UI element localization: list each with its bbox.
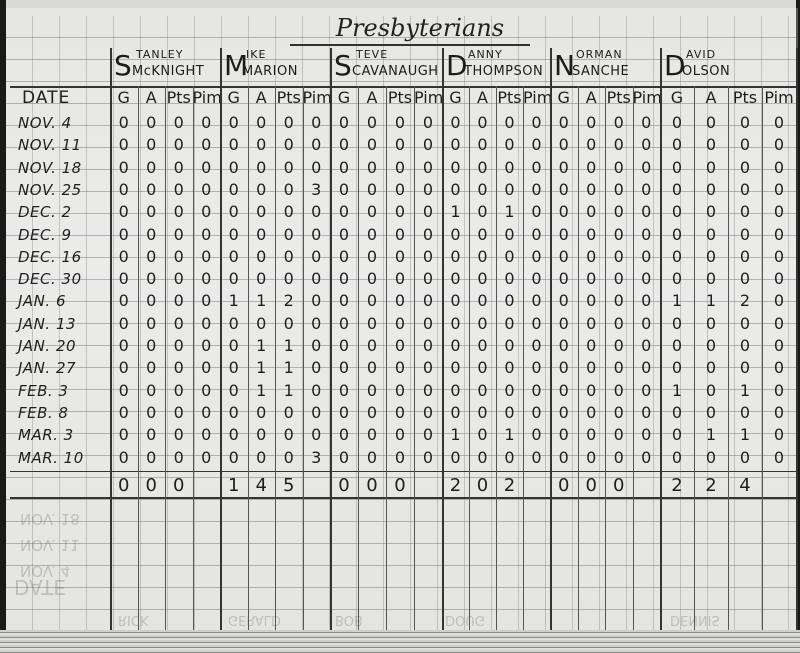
stat-header-a: A bbox=[578, 88, 606, 110]
player-first-name: IKE bbox=[246, 48, 266, 61]
stat-cell: 0 bbox=[414, 247, 442, 266]
stat-cell: 1 bbox=[728, 381, 762, 400]
stat-cell: 0 bbox=[303, 269, 331, 288]
stat-cell: 0 bbox=[138, 247, 166, 266]
stat-cell: 0 bbox=[193, 225, 221, 244]
date-cell: JAN. 6 bbox=[18, 292, 66, 310]
total-cell: 0 bbox=[138, 475, 166, 496]
stat-header-pim: Pim bbox=[762, 88, 796, 110]
stat-cell: 0 bbox=[496, 448, 523, 467]
stat-cell: 1 bbox=[728, 425, 762, 444]
stat-cell: 0 bbox=[220, 448, 248, 467]
stat-cell: 0 bbox=[694, 336, 728, 355]
stat-cell: 0 bbox=[469, 269, 496, 288]
stat-cell: 0 bbox=[523, 247, 550, 266]
stat-cell: 0 bbox=[605, 336, 633, 355]
stat-cell: 0 bbox=[220, 158, 248, 177]
stat-cell: 0 bbox=[762, 358, 796, 377]
stat-cell: 0 bbox=[330, 314, 358, 333]
stat-cell: 0 bbox=[330, 247, 358, 266]
stat-cell: 0 bbox=[220, 425, 248, 444]
stat-cell: 0 bbox=[248, 158, 276, 177]
stat-header-pim: Pim bbox=[193, 88, 221, 110]
player-header-marion: MIKEMARION bbox=[220, 48, 330, 86]
stat-cell: 0 bbox=[414, 358, 442, 377]
stat-cell: 0 bbox=[414, 158, 442, 177]
stat-cell: 0 bbox=[303, 135, 331, 154]
stat-cell: 0 bbox=[275, 448, 303, 467]
stat-cell: 1 bbox=[248, 358, 276, 377]
total-cell: 0 bbox=[358, 475, 386, 496]
stat-cell: 0 bbox=[694, 448, 728, 467]
stat-cell: 0 bbox=[660, 202, 694, 221]
stat-cell: 0 bbox=[138, 381, 166, 400]
stat-cell: 0 bbox=[110, 113, 138, 132]
stat-cell: 0 bbox=[578, 269, 606, 288]
stat-cell: 0 bbox=[633, 180, 661, 199]
stat-cell: 0 bbox=[694, 269, 728, 288]
stat-cell: 0 bbox=[193, 158, 221, 177]
stat-cell: 0 bbox=[414, 113, 442, 132]
stat-cell: 0 bbox=[330, 336, 358, 355]
stat-cell: 0 bbox=[523, 448, 550, 467]
stat-cell: 0 bbox=[633, 403, 661, 422]
stat-cell: 0 bbox=[550, 403, 578, 422]
stat-cell: 0 bbox=[578, 291, 606, 310]
stat-cell: 0 bbox=[193, 113, 221, 132]
stat-cell: 0 bbox=[660, 158, 694, 177]
stat-cell: 0 bbox=[193, 291, 221, 310]
stat-cell: 0 bbox=[660, 425, 694, 444]
stat-cell: 0 bbox=[110, 269, 138, 288]
stat-header-g: G bbox=[550, 88, 578, 110]
stat-cell: 0 bbox=[728, 225, 762, 244]
stat-cell: 0 bbox=[728, 158, 762, 177]
stat-cell: 0 bbox=[728, 135, 762, 154]
stat-cell: 0 bbox=[303, 336, 331, 355]
total-cell: 2 bbox=[442, 475, 469, 496]
date-cell: FEB. 8 bbox=[18, 404, 68, 422]
stat-cell: 0 bbox=[248, 247, 276, 266]
stat-cell: 0 bbox=[762, 247, 796, 266]
stat-cell: 0 bbox=[550, 180, 578, 199]
stat-cell: 0 bbox=[442, 113, 469, 132]
stat-cell: 0 bbox=[762, 113, 796, 132]
stat-cell: 0 bbox=[442, 158, 469, 177]
stat-cell: 0 bbox=[303, 403, 331, 422]
stat-cell: 0 bbox=[193, 425, 221, 444]
stat-cell: 0 bbox=[414, 448, 442, 467]
stat-cell: 0 bbox=[275, 113, 303, 132]
stat-cell: 0 bbox=[220, 381, 248, 400]
stat-cell: 0 bbox=[275, 425, 303, 444]
stat-cell: 0 bbox=[762, 135, 796, 154]
stat-cell: 0 bbox=[469, 113, 496, 132]
player-header-cavanaugh: STEVECAVANAUGH bbox=[330, 48, 442, 86]
stat-cell: 1 bbox=[660, 381, 694, 400]
stat-cell: 0 bbox=[550, 425, 578, 444]
total-cell: 0 bbox=[110, 475, 138, 496]
stat-cell: 0 bbox=[694, 113, 728, 132]
player-first-name: ORMAN bbox=[576, 48, 623, 61]
stat-cell: 0 bbox=[442, 448, 469, 467]
stat-cell: 0 bbox=[523, 336, 550, 355]
stat-cell: 0 bbox=[386, 381, 414, 400]
stat-cell: 0 bbox=[550, 113, 578, 132]
stat-cell: 0 bbox=[496, 403, 523, 422]
stat-cell: 0 bbox=[469, 158, 496, 177]
stat-cell: 0 bbox=[578, 247, 606, 266]
stat-cell: 0 bbox=[220, 202, 248, 221]
stat-cell: 0 bbox=[165, 113, 193, 132]
stat-cell: 0 bbox=[578, 158, 606, 177]
stat-cell: 1 bbox=[275, 336, 303, 355]
date-cell: NOV. 18 bbox=[18, 159, 82, 177]
stat-cell: 0 bbox=[605, 158, 633, 177]
stat-cell: 0 bbox=[550, 291, 578, 310]
total-cell: 1 bbox=[220, 475, 248, 496]
stat-header-a: A bbox=[358, 88, 386, 110]
stat-cell: 0 bbox=[386, 336, 414, 355]
stat-cell: 1 bbox=[442, 425, 469, 444]
stat-cell: 0 bbox=[414, 135, 442, 154]
stat-header-pim: Pim bbox=[523, 88, 550, 110]
stat-cell: 0 bbox=[303, 202, 331, 221]
stat-cell: 0 bbox=[578, 448, 606, 467]
stat-header-a: A bbox=[694, 88, 728, 110]
stat-cell: 0 bbox=[220, 358, 248, 377]
stat-cell: 0 bbox=[578, 225, 606, 244]
ghost-text: DENNIS bbox=[670, 612, 720, 627]
totals-bottom bbox=[10, 497, 796, 499]
stat-cell: 0 bbox=[605, 448, 633, 467]
stat-cell: 0 bbox=[248, 135, 276, 154]
stat-cell: 0 bbox=[523, 225, 550, 244]
stat-cell: 0 bbox=[728, 448, 762, 467]
stat-cell: 0 bbox=[496, 247, 523, 266]
stat-cell: 0 bbox=[193, 269, 221, 288]
stat-cell: 0 bbox=[550, 202, 578, 221]
stat-cell: 0 bbox=[303, 113, 331, 132]
stat-cell: 0 bbox=[550, 269, 578, 288]
stat-cell: 0 bbox=[110, 202, 138, 221]
date-cell: NOV. 4 bbox=[18, 114, 72, 132]
stat-cell: 0 bbox=[386, 269, 414, 288]
stat-cell: 0 bbox=[386, 202, 414, 221]
stat-cell: 0 bbox=[605, 269, 633, 288]
stat-cell: 0 bbox=[578, 358, 606, 377]
stat-cell: 0 bbox=[469, 425, 496, 444]
stat-cell: 0 bbox=[694, 180, 728, 199]
stat-cell: 0 bbox=[694, 247, 728, 266]
stat-cell: 0 bbox=[110, 381, 138, 400]
stat-cell: 0 bbox=[110, 448, 138, 467]
stat-cell: 0 bbox=[193, 448, 221, 467]
stat-cell: 0 bbox=[248, 180, 276, 199]
stat-cell: 0 bbox=[193, 336, 221, 355]
stat-cell: 0 bbox=[275, 135, 303, 154]
date-cell: JAN. 27 bbox=[18, 359, 76, 377]
date-cell: DEC. 2 bbox=[18, 203, 72, 221]
stat-cell: 0 bbox=[633, 158, 661, 177]
stat-cell: 0 bbox=[605, 314, 633, 333]
stat-cell: 0 bbox=[694, 158, 728, 177]
stat-cell: 0 bbox=[578, 135, 606, 154]
stat-cell: 0 bbox=[138, 158, 166, 177]
stat-cell: 0 bbox=[275, 314, 303, 333]
stat-cell: 0 bbox=[442, 180, 469, 199]
stat-cell: 1 bbox=[660, 291, 694, 310]
stat-cell: 0 bbox=[165, 448, 193, 467]
stat-cell: 0 bbox=[578, 314, 606, 333]
stat-cell: 0 bbox=[442, 403, 469, 422]
stat-cell: 0 bbox=[386, 247, 414, 266]
stat-cell: 0 bbox=[193, 358, 221, 377]
stat-cell: 0 bbox=[578, 202, 606, 221]
stat-cell: 0 bbox=[660, 225, 694, 244]
stat-cell: 0 bbox=[386, 225, 414, 244]
stat-cell: 0 bbox=[303, 291, 331, 310]
stat-cell: 0 bbox=[633, 269, 661, 288]
stat-cell: 0 bbox=[469, 180, 496, 199]
stat-cell: 0 bbox=[762, 180, 796, 199]
stat-cell: 0 bbox=[762, 425, 796, 444]
stat-cell: 0 bbox=[496, 336, 523, 355]
stat-cell: 0 bbox=[386, 158, 414, 177]
stat-cell: 0 bbox=[496, 291, 523, 310]
stat-cell: 0 bbox=[496, 158, 523, 177]
date-cell: NOV. 11 bbox=[18, 136, 82, 154]
stat-cell: 0 bbox=[496, 358, 523, 377]
stat-cell: 0 bbox=[523, 381, 550, 400]
stat-cell: 0 bbox=[694, 314, 728, 333]
stat-cell: 0 bbox=[358, 225, 386, 244]
stat-header-a: A bbox=[248, 88, 276, 110]
stat-cell: 0 bbox=[165, 135, 193, 154]
stat-cell: 0 bbox=[496, 225, 523, 244]
date-cell: DEC. 16 bbox=[18, 248, 82, 266]
stat-cell: 0 bbox=[442, 358, 469, 377]
stat-header-pts: Pts bbox=[605, 88, 633, 110]
player-header-olson: DAVIDOLSON bbox=[660, 48, 796, 86]
stat-cell: 0 bbox=[728, 202, 762, 221]
stat-cell: 0 bbox=[633, 225, 661, 244]
stat-cell: 0 bbox=[605, 113, 633, 132]
stat-cell: 0 bbox=[358, 180, 386, 199]
stat-cell: 0 bbox=[248, 113, 276, 132]
stat-cell: 0 bbox=[275, 269, 303, 288]
stat-cell: 0 bbox=[442, 135, 469, 154]
stat-cell: 0 bbox=[138, 225, 166, 244]
stat-cell: 0 bbox=[694, 135, 728, 154]
stat-cell: 0 bbox=[358, 425, 386, 444]
player-header-mcknight: STANLEYMcKNIGHT bbox=[110, 48, 220, 86]
stat-cell: 0 bbox=[605, 135, 633, 154]
stat-cell: 0 bbox=[469, 358, 496, 377]
stat-cell: 0 bbox=[469, 403, 496, 422]
stat-cell: 0 bbox=[694, 381, 728, 400]
stat-cell: 0 bbox=[248, 314, 276, 333]
stat-cell: 0 bbox=[193, 247, 221, 266]
stat-cell: 0 bbox=[165, 291, 193, 310]
stat-cell: 3 bbox=[303, 180, 331, 199]
stat-cell: 0 bbox=[358, 158, 386, 177]
stat-cell: 0 bbox=[660, 314, 694, 333]
stat-cell: 0 bbox=[358, 135, 386, 154]
stat-cell: 0 bbox=[442, 314, 469, 333]
stat-cell: 0 bbox=[469, 381, 496, 400]
stat-cell: 0 bbox=[110, 425, 138, 444]
stat-cell: 0 bbox=[303, 425, 331, 444]
stat-cell: 0 bbox=[762, 202, 796, 221]
stat-cell: 0 bbox=[523, 202, 550, 221]
stat-cell: 0 bbox=[330, 291, 358, 310]
stat-cell: 0 bbox=[660, 269, 694, 288]
stat-cell: 0 bbox=[193, 180, 221, 199]
stat-cell: 0 bbox=[523, 180, 550, 199]
player-first-name: TEVE bbox=[356, 48, 388, 61]
stat-cell: 0 bbox=[762, 291, 796, 310]
stat-cell: 0 bbox=[386, 291, 414, 310]
stat-cell: 0 bbox=[660, 180, 694, 199]
stat-cell: 0 bbox=[330, 269, 358, 288]
stat-cell: 0 bbox=[138, 336, 166, 355]
total-cell: 0 bbox=[469, 475, 496, 496]
stat-cell: 0 bbox=[358, 336, 386, 355]
stat-cell: 0 bbox=[442, 381, 469, 400]
stat-cell: 0 bbox=[633, 291, 661, 310]
stat-cell: 0 bbox=[414, 202, 442, 221]
stat-cell: 2 bbox=[275, 291, 303, 310]
stat-cell: 1 bbox=[496, 202, 523, 221]
player-first-name: AVID bbox=[686, 48, 716, 61]
stat-cell: 0 bbox=[358, 269, 386, 288]
stat-cell: 0 bbox=[330, 403, 358, 422]
stat-cell: 0 bbox=[442, 225, 469, 244]
ghost-text: BOB bbox=[335, 612, 363, 627]
stat-cell: 0 bbox=[330, 425, 358, 444]
stat-cell: 0 bbox=[633, 336, 661, 355]
stat-cell: 0 bbox=[303, 358, 331, 377]
stat-cell: 1 bbox=[248, 336, 276, 355]
date-cell: JAN. 20 bbox=[18, 337, 76, 355]
stat-cell: 0 bbox=[303, 247, 331, 266]
stat-header-pts: Pts bbox=[275, 88, 303, 110]
stat-cell: 0 bbox=[193, 135, 221, 154]
stat-cell: 0 bbox=[248, 403, 276, 422]
stat-header-g: G bbox=[110, 88, 138, 110]
stat-cell: 0 bbox=[193, 381, 221, 400]
stat-cell: 0 bbox=[469, 202, 496, 221]
stat-cell: 0 bbox=[358, 403, 386, 422]
stat-header-g: G bbox=[220, 88, 248, 110]
stat-cell: 0 bbox=[386, 180, 414, 199]
stat-cell: 1 bbox=[275, 358, 303, 377]
stat-cell: 0 bbox=[138, 180, 166, 199]
stat-cell: 0 bbox=[523, 314, 550, 333]
stat-cell: 0 bbox=[303, 381, 331, 400]
stat-cell: 0 bbox=[220, 336, 248, 355]
stat-cell: 0 bbox=[469, 291, 496, 310]
total-cell: 0 bbox=[165, 475, 193, 496]
player-last-name: MARION bbox=[242, 64, 298, 79]
stat-cell: 0 bbox=[550, 448, 578, 467]
stat-cell: 0 bbox=[110, 158, 138, 177]
date-cell: MAR. 10 bbox=[18, 449, 84, 467]
stat-header-pim: Pim bbox=[633, 88, 661, 110]
player-first-name: TANLEY bbox=[136, 48, 183, 61]
stat-cell: 0 bbox=[762, 225, 796, 244]
stat-cell: 0 bbox=[605, 291, 633, 310]
date-cell: MAR. 3 bbox=[18, 426, 74, 444]
stat-cell: 3 bbox=[303, 448, 331, 467]
stat-cell: 0 bbox=[469, 247, 496, 266]
stat-cell: 0 bbox=[728, 314, 762, 333]
stat-cell: 0 bbox=[660, 247, 694, 266]
stat-cell: 0 bbox=[386, 135, 414, 154]
stat-cell: 0 bbox=[165, 336, 193, 355]
stat-cell: 0 bbox=[550, 381, 578, 400]
stat-cell: 0 bbox=[220, 113, 248, 132]
stat-cell: 1 bbox=[248, 291, 276, 310]
player-last-name: CAVANAUGH bbox=[352, 64, 439, 79]
stat-cell: 0 bbox=[165, 180, 193, 199]
stat-cell: 0 bbox=[523, 158, 550, 177]
stat-cell: 0 bbox=[469, 336, 496, 355]
stat-cell: 0 bbox=[138, 448, 166, 467]
stat-cell: 0 bbox=[728, 358, 762, 377]
stat-cell: 0 bbox=[138, 135, 166, 154]
stat-cell: 0 bbox=[110, 247, 138, 266]
total-cell: 5 bbox=[275, 475, 303, 496]
stat-cell: 0 bbox=[303, 158, 331, 177]
stat-cell: 0 bbox=[605, 202, 633, 221]
stat-cell: 0 bbox=[660, 336, 694, 355]
stat-cell: 0 bbox=[275, 158, 303, 177]
stat-cell: 0 bbox=[330, 358, 358, 377]
stat-cell: 0 bbox=[386, 314, 414, 333]
stat-header-pts: Pts bbox=[496, 88, 523, 110]
stat-cell: 0 bbox=[762, 448, 796, 467]
stat-cell: 0 bbox=[414, 180, 442, 199]
stat-cell: 0 bbox=[469, 448, 496, 467]
stat-cell: 0 bbox=[358, 113, 386, 132]
stat-header-g: G bbox=[660, 88, 694, 110]
stat-cell: 0 bbox=[550, 247, 578, 266]
date-cell: FEB. 3 bbox=[18, 382, 68, 400]
stat-cell: 0 bbox=[110, 180, 138, 199]
player-last-name: THOMPSON bbox=[464, 64, 543, 79]
stat-cell: 0 bbox=[633, 381, 661, 400]
stat-cell: 0 bbox=[386, 425, 414, 444]
stat-cell: 0 bbox=[220, 269, 248, 288]
date-cell: DEC. 9 bbox=[18, 226, 72, 244]
stat-cell: 0 bbox=[469, 135, 496, 154]
stat-cell: 0 bbox=[358, 314, 386, 333]
stat-cell: 0 bbox=[110, 314, 138, 333]
stat-cell: 0 bbox=[386, 358, 414, 377]
stat-cell: 0 bbox=[442, 247, 469, 266]
ghost-text: GERALD bbox=[228, 612, 281, 627]
stat-cell: 0 bbox=[414, 314, 442, 333]
stat-cell: 0 bbox=[496, 113, 523, 132]
total-cell: 2 bbox=[694, 475, 728, 496]
stat-cell: 0 bbox=[762, 381, 796, 400]
stat-cell: 0 bbox=[523, 358, 550, 377]
stat-cell: 0 bbox=[330, 225, 358, 244]
stat-cell: 0 bbox=[330, 202, 358, 221]
date-cell: NOV. 25 bbox=[18, 181, 82, 199]
